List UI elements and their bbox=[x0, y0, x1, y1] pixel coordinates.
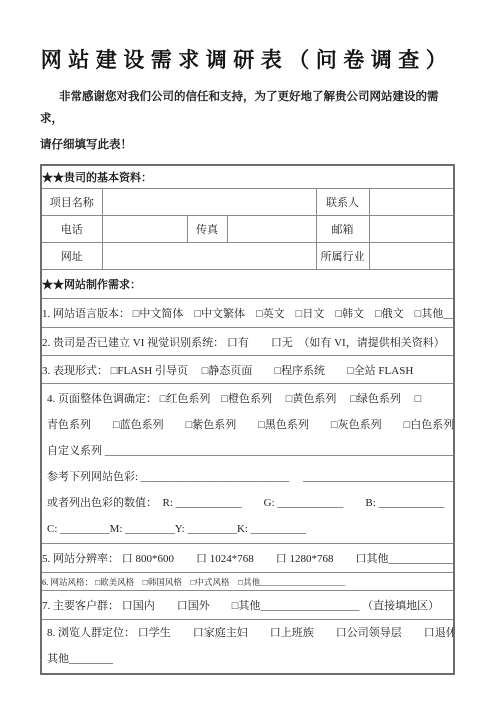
question-row-4: 4. 页面整体色调确定： □红色系列 □橙色系列 □黄色系列 □绿色系列 □ 青… bbox=[41, 384, 454, 544]
question-4-color-scheme: 4. 页面整体色调确定： □红色系列 □橙色系列 □黄色系列 □绿色系列 □ 青… bbox=[41, 384, 454, 544]
document-page: 网站建设需求调研表（问卷调查） 非常感谢您对我们公司的信任和支持，为了更好地了解… bbox=[0, 0, 500, 708]
question-4-line-5-rgb-values: 或者列出色彩的数值： R: ____________ G: __________… bbox=[42, 490, 453, 516]
table-row: 电话 传真 邮箱 bbox=[41, 216, 454, 243]
survey-form-table: ★★贵司的基本资料： 项目名称 联系人 电话 传真 邮箱 网址 所属行业 ★★网… bbox=[40, 164, 455, 675]
question-4-line-3-custom-series: 自定义系列 __________________________________… bbox=[42, 438, 453, 464]
website-input-cell bbox=[102, 243, 316, 270]
question-row-7: 7. 主要客户群： 口国内 口国外 □其他__________________ … bbox=[41, 591, 454, 620]
section-header-site-requirements-row: ★★网站制作需求： bbox=[41, 270, 454, 299]
project-name-input-cell bbox=[102, 189, 316, 216]
question-row-2: 2. 贵司是否已建立 VI 视觉识别系统： 口有 口无 （如有 VI，请提供相关… bbox=[41, 328, 454, 356]
question-5-resolution: 5. 网站分辨率： 口 800*600 口 1024*768 口 1280*76… bbox=[41, 544, 454, 573]
question-2-vi-system: 2. 贵司是否已建立 VI 视觉识别系统： 口有 口无 （如有 VI，请提供相关… bbox=[41, 328, 454, 356]
contact-label: 联系人 bbox=[316, 189, 369, 216]
question-row-3: 3. 表现形式： □FLASH 引导页 □静态页面 □程序系统 □全站 FLAS… bbox=[41, 356, 454, 384]
industry-input-cell bbox=[369, 243, 454, 270]
question-4-line-6-cmyk-values: C: _________M: _________Y: _________K: _… bbox=[42, 516, 453, 542]
question-3-presentation-form: 3. 表现形式： □FLASH 引导页 □静态页面 □程序系统 □全站 FLAS… bbox=[41, 356, 454, 384]
question-4-line-4-reference-sites: 参考下列网站色彩: ___________________________ __… bbox=[42, 464, 453, 490]
section-header-basic-info: ★★贵司的基本资料： bbox=[41, 165, 454, 189]
contact-input-cell bbox=[369, 189, 454, 216]
project-name-label: 项目名称 bbox=[41, 189, 102, 216]
intro-line-2: 请仔细填写此表！ bbox=[40, 134, 452, 156]
question-row-6: 6. 网站风格： □欧美风格 □韩国风格 □中式风格 □其他__________… bbox=[41, 573, 454, 591]
section-header-basic-info-row: ★★贵司的基本资料： bbox=[41, 165, 454, 189]
section-header-site-requirements: ★★网站制作需求： bbox=[41, 270, 454, 299]
question-8-line-2: 其他________ bbox=[42, 646, 453, 672]
question-row-5: 5. 网站分辨率： 口 800*600 口 1024*768 口 1280*76… bbox=[41, 544, 454, 573]
email-label: 邮箱 bbox=[316, 216, 369, 243]
question-row-1: 1. 网站语言版本： □中文简体 □中文繁体 □英文 □日文 □韩文 □俄文 □… bbox=[41, 299, 454, 328]
question-4-line-1: 4. 页面整体色调确定： □红色系列 □橙色系列 □黄色系列 □绿色系列 □ bbox=[42, 386, 453, 412]
table-row: 网址 所属行业 bbox=[41, 243, 454, 270]
website-label: 网址 bbox=[41, 243, 102, 270]
question-1-language-versions: 1. 网站语言版本： □中文简体 □中文繁体 □英文 □日文 □韩文 □俄文 □… bbox=[41, 299, 454, 328]
industry-label: 所属行业 bbox=[316, 243, 369, 270]
intro-line-1: 非常感谢您对我们公司的信任和支持，为了更好地了解贵公司网站建设的需求， bbox=[40, 86, 452, 130]
question-row-8: 8. 浏览人群定位： 口学生 口家庭主妇 口上班族 口公司领导层 口退休职工 口… bbox=[41, 620, 454, 675]
question-8-audience-positioning: 8. 浏览人群定位： 口学生 口家庭主妇 口上班族 口公司领导层 口退休职工 口… bbox=[41, 620, 454, 675]
page-title: 网站建设需求调研表（问卷调查） bbox=[40, 47, 454, 74]
question-4-line-2: 青色系列 □蓝色系列 □紫色系列 □黑色系列 □灰色系列 □白色系列 bbox=[42, 412, 453, 438]
table-row: 项目名称 联系人 bbox=[41, 189, 454, 216]
fax-label: 传真 bbox=[187, 216, 227, 243]
phone-input-cell bbox=[102, 216, 187, 243]
email-input-cell bbox=[369, 216, 454, 243]
question-7-main-customers: 7. 主要客户群： 口国内 口国外 □其他__________________ … bbox=[41, 591, 454, 620]
fax-input-cell bbox=[227, 216, 316, 243]
question-8-line-1: 8. 浏览人群定位： 口学生 口家庭主妇 口上班族 口公司领导层 口退休职工 口 bbox=[42, 620, 453, 646]
phone-label: 电话 bbox=[41, 216, 102, 243]
question-6-site-style: 6. 网站风格： □欧美风格 □韩国风格 □中式风格 □其他__________… bbox=[41, 573, 454, 591]
